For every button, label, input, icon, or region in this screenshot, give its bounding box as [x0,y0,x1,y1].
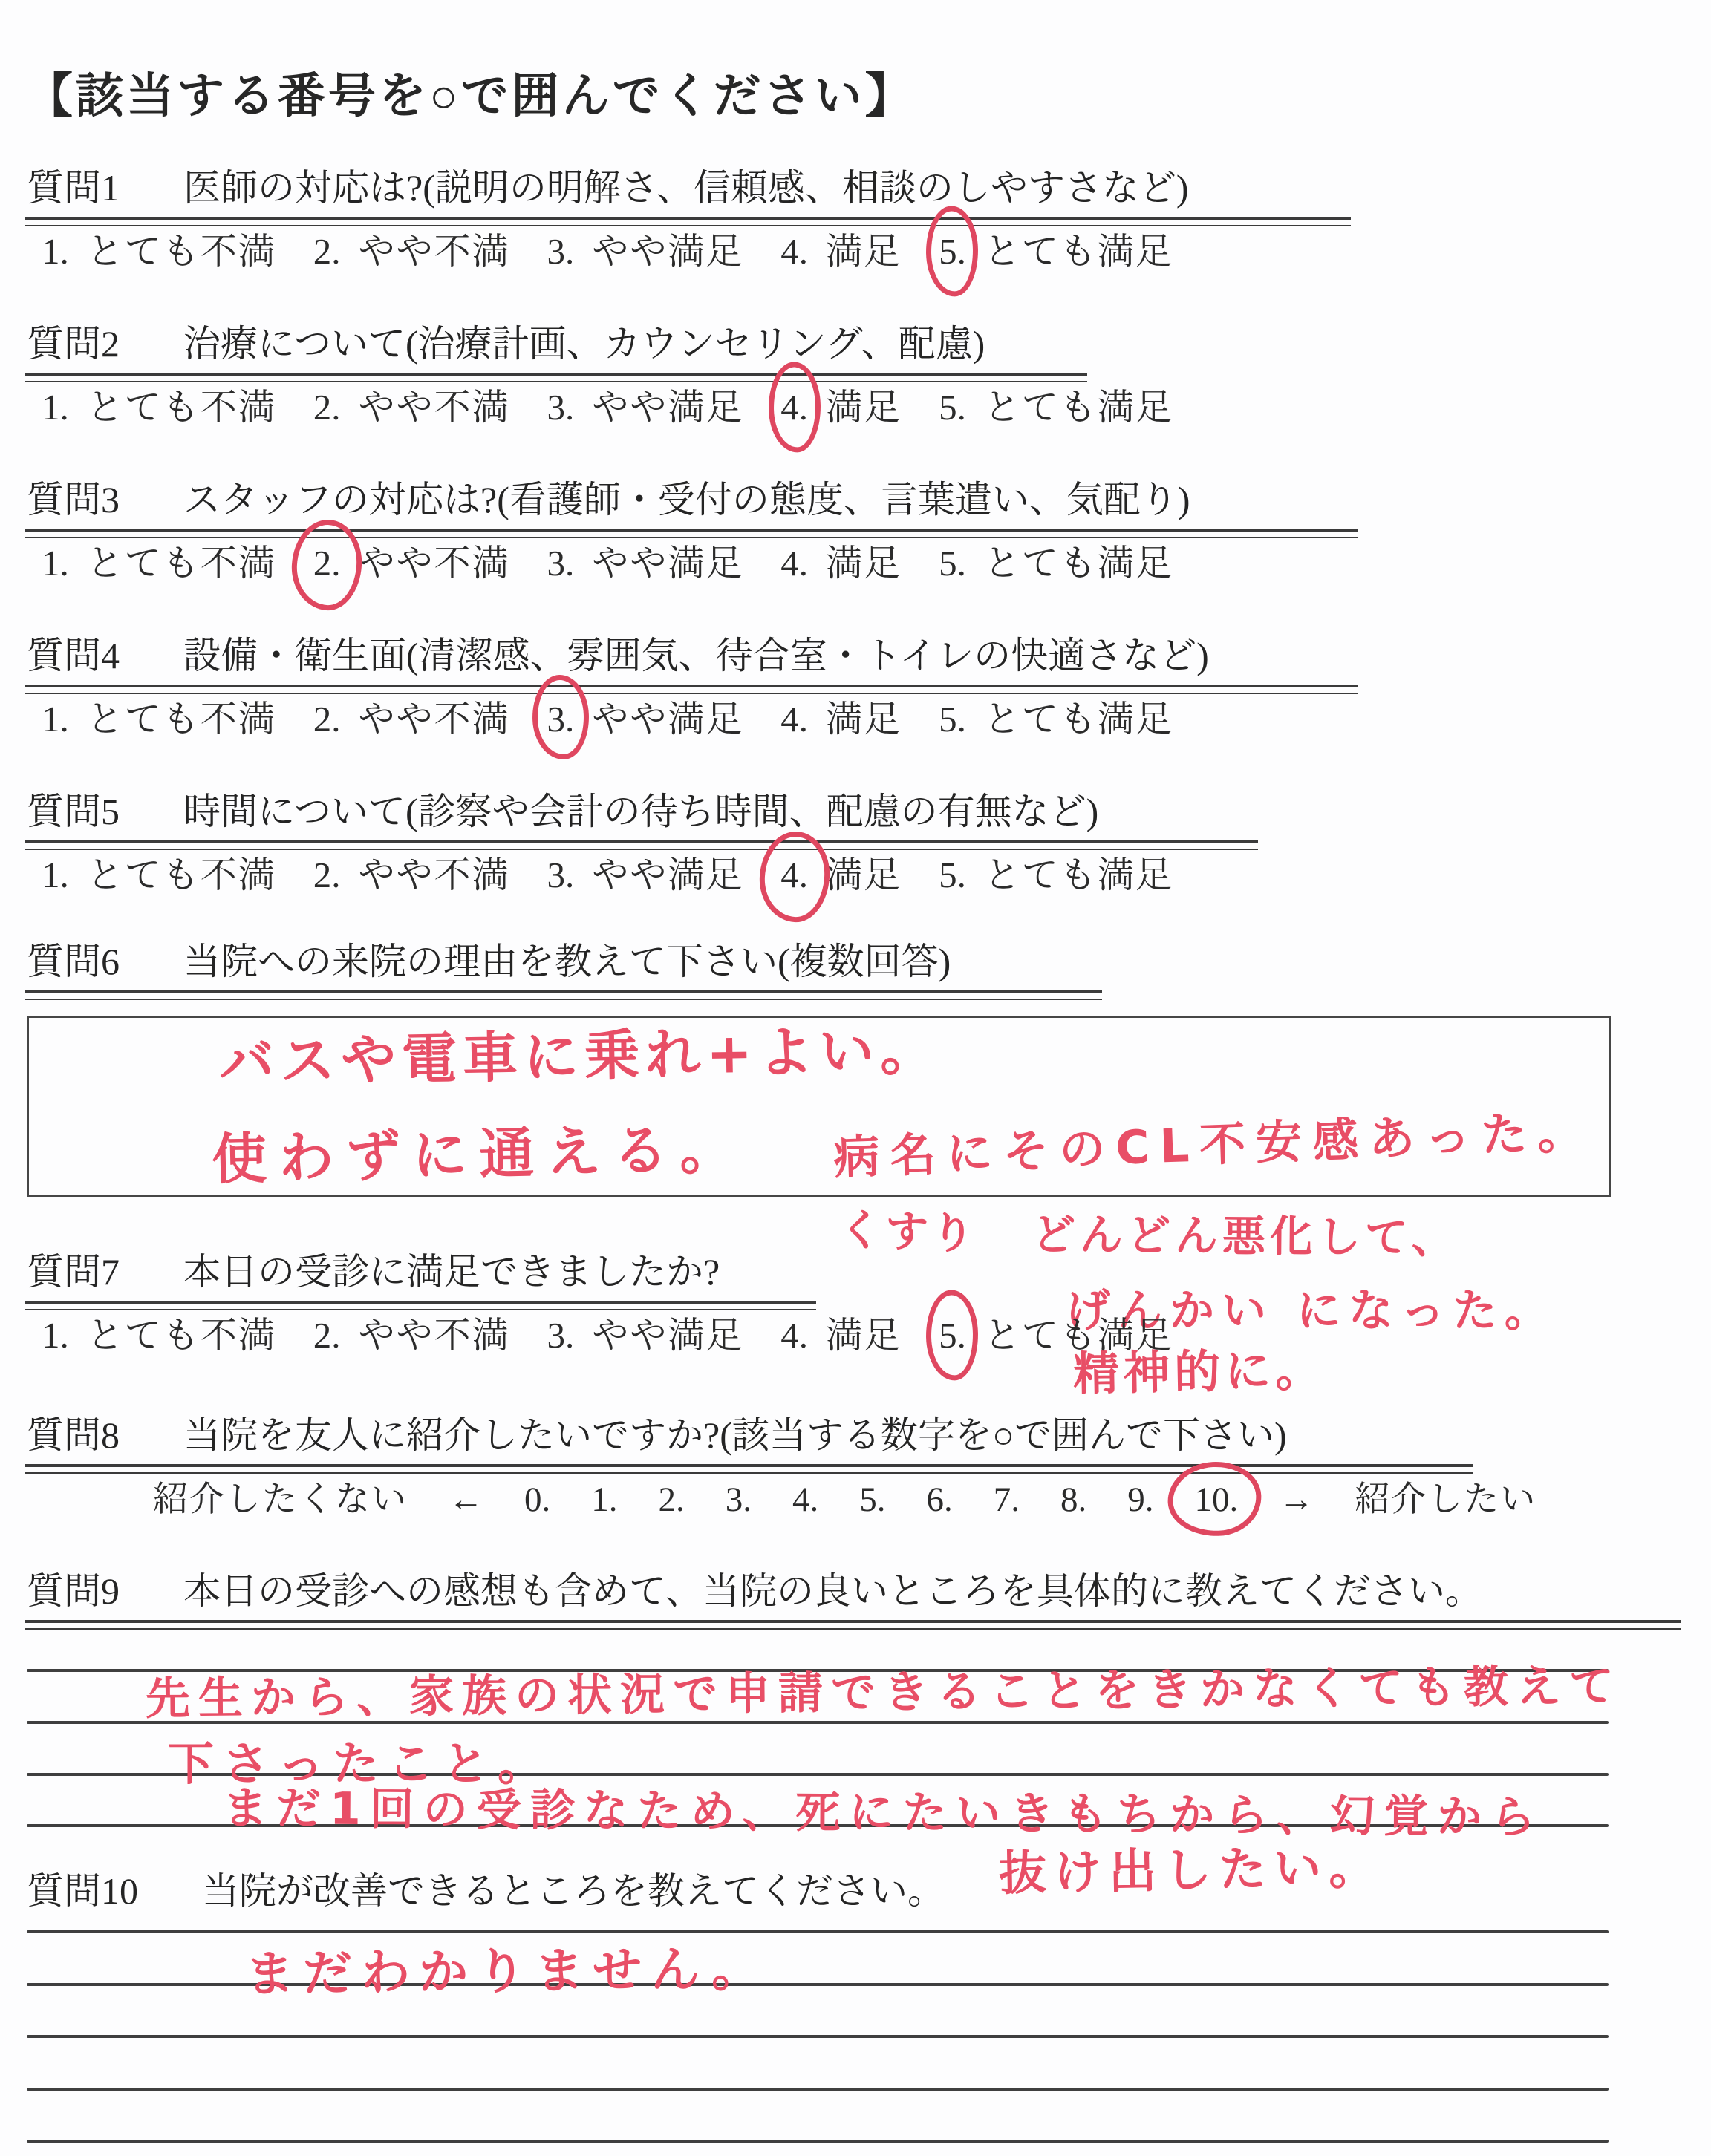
handwritten-q6-line1: バスや電車に乗れ+よい。 [218,1007,942,1098]
rating-option: 5.とても満足 [939,535,1173,587]
handwritten-q6-line2: 使わずに通える。 [211,1105,747,1195]
option-label: やや不満 [359,1307,510,1359]
option-label: やや不満 [359,379,510,431]
handwritten-q10-line1: まだわかりません。 [245,1929,770,2005]
question-3-text: スタッフの対応は?(看護師・受付の態度、言葉遣い、気配り) [183,479,1190,520]
option-label: やや不満 [359,690,510,742]
nps-number: 7. [994,1480,1020,1520]
option-number: 5. [939,386,966,428]
option-label: とても満足 [984,1307,1173,1359]
option-number: 1. [42,854,69,896]
option-number: 1. [42,230,69,272]
q10-answer-line [27,2035,1609,2038]
option-label: とても満足 [984,535,1173,587]
question-1-options: 1.とても不満 2.やや不満 3.やや満足 4.満足 5.とても満足 [42,223,1173,275]
option-label: 満足 [826,846,902,898]
question-2-header: 質問2治療について(治療計画、カウンセリング、配慮) [27,321,985,367]
question-8-header: 質問8当院を友人に紹介したいですか?(該当する数字を○で囲んで下さい) [27,1412,1287,1458]
rating-option: 4.満足 [780,223,902,275]
rating-option: 5.とても満足 [939,846,1173,898]
option-label: とても満足 [984,846,1173,898]
option-number: 3. [547,230,575,272]
rating-option-selected: 5.とても満足 [939,1307,1173,1359]
rating-option: 5.とても満足 [939,379,1173,431]
option-number: 1. [42,1314,69,1356]
question-8-number: 質問8 [27,1412,120,1458]
rating-option: 3.やや満足 [547,223,744,275]
rating-option: 2.やや不満 [313,690,510,742]
option-number: 3. [547,542,575,584]
question-1-text: 医師の対応は?(説明の明解さ、信頼感、相談のしやすさなど) [183,167,1189,209]
rating-option: 2.やや不満 [313,1307,510,1359]
question-4-header: 質問4設備・衛生面(清潔感、雰囲気、待合室・トイレの快適さなど) [27,633,1209,679]
rating-option: 5.とても満足 [939,690,1173,742]
option-label: とても不満 [87,223,276,275]
option-label: やや不満 [359,535,510,587]
rating-option-selected: 3.やや満足 [547,690,744,742]
rating-option: 1.とても不満 [42,379,276,431]
option-label: とても満足 [984,690,1173,742]
rating-option: 2.やや不満 [313,379,510,431]
handwritten-q9-line4: 抜け出したい。 [998,1829,1384,1904]
option-number: 1. [42,542,69,584]
option-number: 3. [547,386,575,428]
question-5-number: 質問5 [27,788,120,834]
option-number: 2. [313,386,341,428]
option-label: 満足 [826,1307,902,1359]
option-label: やや満足 [592,1307,743,1359]
question-4-options: 1.とても不満 2.やや不満 3.やや満足 4.満足 5.とても満足 [42,690,1173,742]
nps-number: 1. [591,1480,617,1520]
option-label: とても不満 [87,535,276,587]
option-number: 2. [313,1314,341,1356]
rating-option: 3.やや満足 [547,846,744,898]
q10-answer-line [27,1930,1609,1933]
option-number: 1. [42,386,69,428]
handwritten-note-3: どんどん悪化して、 [1032,1199,1460,1265]
rating-option: 1.とても不満 [42,690,276,742]
option-label: とても不満 [87,846,276,898]
rating-option: 1.とても不満 [42,535,276,587]
nps-low-label: 紹介したくない [153,1471,408,1521]
question-5-options: 1.とても不満 2.やや不満 3.やや満足 4.満足 5.とても満足 [42,846,1173,898]
option-label: やや満足 [592,223,743,275]
question-6-number: 質問6 [27,938,120,984]
survey-scan-page: 【該当する番号を○で囲んでください】 質問1医師の対応は?(説明の明解さ、信頼感… [0,0,1711,2156]
right-arrow-icon: → [1279,1480,1314,1520]
rating-option: 1.とても不満 [42,223,276,275]
option-number: 4. [780,1314,808,1356]
q10-answer-line [27,2088,1609,2091]
selected-answer-circle: 5. [939,1314,966,1356]
rating-option-selected: 5.とても満足 [939,223,1173,275]
rating-option: 4.満足 [780,535,902,587]
nps-selected-answer-circle: 10. [1195,1480,1239,1520]
option-number: 4. [780,542,808,584]
option-label: 満足 [826,223,902,275]
option-number: 5. [939,854,966,896]
header-underline [25,990,1102,1000]
option-label: とても不満 [87,379,276,431]
rating-option: 3.やや満足 [547,379,744,431]
question-10-text: 当院が改善できるところを教えてください。 [202,1870,945,1912]
option-label: やや満足 [592,379,743,431]
question-3-options: 1.とても不満 2.やや不満 3.やや満足 4.満足 5.とても満足 [42,535,1173,587]
rating-option: 2.やや不満 [313,223,510,275]
header-underline [25,1620,1681,1630]
question-4-number: 質問4 [27,633,120,679]
question-9-text: 本日の受診への感想も含めて、当院の良いところを具体的に教えてください。 [183,1570,1482,1612]
question-6-text: 当院への来院の理由を教えて下さい(複数回答) [183,941,951,982]
question-2-options: 1.とても不満 2.やや不満 3.やや満足 4.満足 5.とても満足 [42,379,1173,431]
nps-high-label: 紹介したい [1355,1471,1536,1521]
option-number: 4. [780,230,808,272]
question-10-header: 質問10当院が改善できるところを教えてください。 [27,1868,945,1914]
selected-answer-circle: 4. [780,386,808,428]
question-6-header: 質問6当院への来院の理由を教えて下さい(複数回答) [27,938,951,984]
rating-option: 3.やや満足 [547,535,744,587]
option-number: 5. [939,542,966,584]
option-number: 3. [547,1314,575,1356]
question-7-number: 質問7 [27,1249,120,1295]
question-2-text: 治療について(治療計画、カウンセリング、配慮) [183,323,985,365]
rating-option-selected: 2.やや不満 [313,535,510,587]
question-3-header: 質問3スタッフの対応は?(看護師・受付の態度、言葉遣い、気配り) [27,477,1190,523]
option-number: 4. [780,698,808,740]
q10-answer-line [27,2140,1609,2143]
question-1-header: 質問1医師の対応は?(説明の明解さ、信頼感、相談のしやすさなど) [27,165,1189,211]
option-label: やや不満 [359,223,510,275]
option-number: 2. [313,230,341,272]
question-7-options: 1.とても不満 2.やや不満 3.やや満足 4.満足 5.とても満足 [42,1307,1173,1359]
option-label: やや不満 [359,846,510,898]
question-10-number: 質問10 [27,1868,138,1914]
question-7-text: 本日の受診に満足できましたか? [183,1251,720,1293]
option-label: とても満足 [984,223,1173,275]
rating-option: 2.やや不満 [313,846,510,898]
rating-option-selected: 4.満足 [780,379,902,431]
rating-option: 1.とても不満 [42,846,276,898]
rating-option: 4.満足 [780,1307,902,1359]
nps-number: 9. [1127,1480,1153,1520]
nps-number: 3. [726,1480,752,1520]
option-label: 満足 [826,379,902,431]
selected-answer-circle: 3. [547,698,575,740]
nps-scale: 紹介したくない ← 0. 1. 2. 3. 4. 5. 6. 7. 8. 9. … [153,1471,1536,1521]
question-5-header: 質問5時間について(診察や会計の待ち時間、配慮の有無など) [27,788,1098,834]
question-9-number: 質問9 [27,1568,120,1614]
question-5-text: 時間について(診察や会計の待ち時間、配慮の有無など) [183,791,1098,832]
question-8-text: 当院を友人に紹介したいですか?(該当する数字を○で囲んで下さい) [183,1414,1287,1456]
question-7-header: 質問7本日の受診に満足できましたか? [27,1249,720,1295]
question-1-number: 質問1 [27,165,120,211]
selected-answer-circle: 4. [780,854,808,896]
option-number: 5. [939,698,966,740]
option-label: とても満足 [984,379,1173,431]
rating-option-selected: 4.満足 [780,846,902,898]
handwritten-note-2: くすり [838,1195,979,1261]
option-number: 2. [313,854,341,896]
handwritten-q9-line1: 先生から、家族の状況で申請できることをきかなくても教えて [146,1650,1623,1727]
option-number: 2. [313,698,341,740]
option-label: とても不満 [87,1307,276,1359]
nps-number: 4. [792,1480,818,1520]
rating-option: 4.満足 [780,690,902,742]
rating-option: 3.やや満足 [547,1307,744,1359]
form-title: 【該当する番号を○で囲んでください】 [25,58,916,126]
question-2-number: 質問2 [27,321,120,367]
option-label: やや満足 [592,846,743,898]
option-label: やや満足 [592,535,743,587]
nps-number: 0. [524,1480,550,1520]
nps-number: 2. [659,1480,685,1520]
rating-option: 1.とても不満 [42,1307,276,1359]
selected-answer-circle: 5. [939,230,966,272]
question-9-header: 質問9本日の受診への感想も含めて、当院の良いところを具体的に教えてください。 [27,1568,1482,1614]
option-label: 満足 [826,535,902,587]
left-arrow-icon: ← [449,1480,483,1520]
option-label: とても不満 [87,690,276,742]
nps-number: 6. [927,1480,953,1520]
question-3-number: 質問3 [27,477,120,523]
option-number: 1. [42,698,69,740]
nps-number: 5. [859,1480,885,1520]
option-number: 3. [547,854,575,896]
nps-number: 8. [1060,1480,1086,1520]
option-label: 満足 [826,690,902,742]
selected-answer-circle: 2. [313,542,341,584]
option-label: やや満足 [592,690,743,742]
question-4-text: 設備・衛生面(清潔感、雰囲気、待合室・トイレの快適さなど) [183,635,1209,676]
